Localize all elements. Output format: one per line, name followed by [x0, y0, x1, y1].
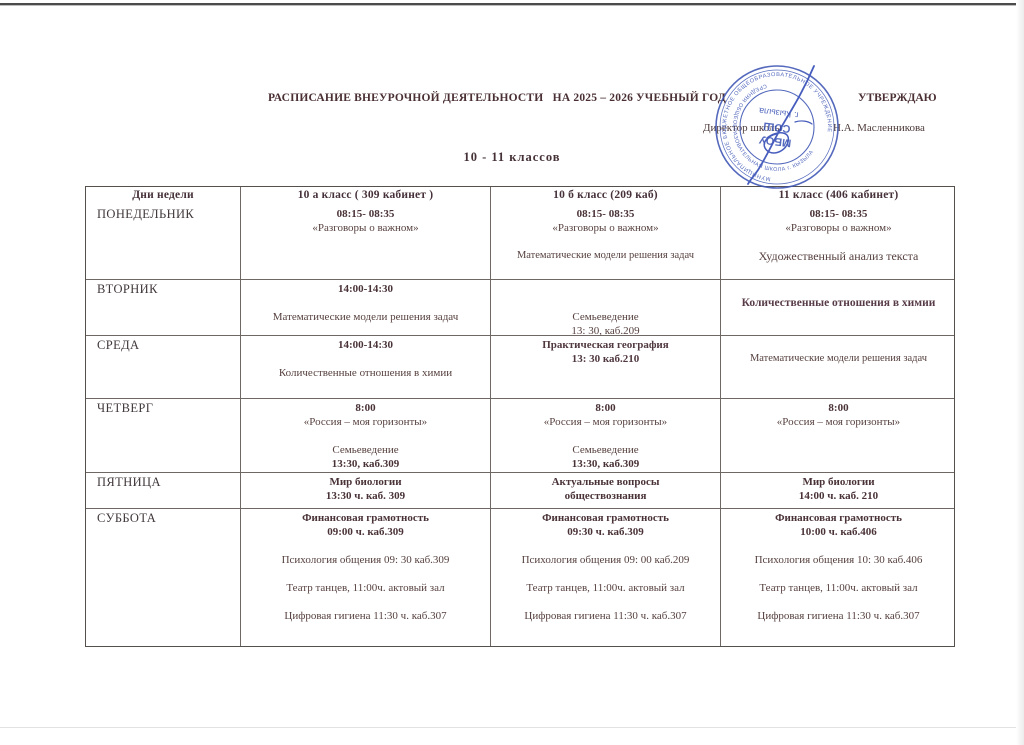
schedule-entry: 8:00: [241, 401, 490, 415]
schedule-entry: Психология общения 09: 30 каб.309: [241, 553, 490, 567]
schedule-entry: Театр танцев, 11:00ч. актовый зал: [241, 581, 490, 595]
schedule-row: ВТОРНИК14:00-14:30 Математические модели…: [86, 279, 954, 335]
blank-line: [721, 567, 956, 581]
blank-line: [241, 567, 490, 581]
blank-line: [241, 539, 490, 553]
schedule-entry: Театр танцев, 11:00ч. актовый зал: [721, 581, 956, 595]
day-label: СУББОТА: [86, 509, 240, 646]
day-label: ЧЕТВЕРГ: [86, 399, 240, 472]
schedule-entry: Количественные отношения в химии: [721, 296, 956, 310]
schedule-entry: Математические модели решения задач: [241, 310, 490, 324]
blank-line: [491, 235, 720, 249]
schedule-entry: 8:00: [721, 401, 956, 415]
scan-edge-top-light: [0, 5, 1024, 6]
schedule-entry: 13: 30, каб.209: [491, 324, 720, 335]
schedule-cell: Финансовая грамотность10:00 ч. каб.406 П…: [720, 509, 956, 646]
schedule-cell: Семьеведение13: 30, каб.209: [490, 280, 720, 335]
day-label: ПЯТНИЦА: [86, 473, 240, 508]
schedule-cell: 08:15- 08:35«Разговоры о важном» Математ…: [490, 205, 720, 279]
schedule-entry: 14:00 ч. каб. 210: [721, 489, 956, 503]
schedule-entry: «Россия – моя горизонты»: [491, 415, 720, 429]
blank-line: [491, 567, 720, 581]
schedule-entry: Психология общения 10: 30 каб.406: [721, 553, 956, 567]
schedule-entry: 14:00-14:30: [241, 282, 490, 296]
schedule-entry: 10:00 ч. каб.406: [721, 525, 956, 539]
scan-edge-right: [1016, 0, 1024, 745]
schedule-entry: Мир биологии: [241, 475, 490, 489]
approve-label: УТВЕРЖДАЮ: [858, 92, 937, 104]
blank-line: [491, 429, 720, 443]
schedule-entry: 08:15- 08:35: [491, 207, 720, 221]
schedule-cell: 08:15- 08:35«Разговоры о важном»: [240, 205, 490, 279]
schedule-entry: 13:30 ч. каб. 309: [241, 489, 490, 503]
column-header: 10 б класс (209 каб): [490, 187, 720, 205]
schedule-entry: Финансовая грамотность: [491, 511, 720, 525]
schedule-entry: Психология общения 09: 00 каб.209: [491, 553, 720, 567]
document-title: РАСПИСАНИЕ ВНЕУРОЧНОЙ ДЕЯТЕЛЬНОСТИ НА 20…: [268, 92, 768, 104]
schedule-entry: Финансовая грамотность: [721, 511, 956, 525]
blank-line: [241, 429, 490, 443]
blank-line: [241, 352, 490, 366]
blank-line: [491, 282, 720, 296]
schedule-entry: Театр танцев, 11:00ч. актовый зал: [491, 581, 720, 595]
blank-line: [241, 595, 490, 609]
schedule-entry: Актуальные вопросы: [491, 475, 720, 489]
scan-edge-bottom: [0, 727, 1024, 728]
schedule-entry: 13:30, каб.309: [491, 457, 720, 471]
blank-line: [491, 595, 720, 609]
schedule-entry: Финансовая грамотность: [241, 511, 490, 525]
schedule-entry: 09:30 ч. каб.309: [491, 525, 720, 539]
schedule-entry: Количественные отношения в химии: [241, 366, 490, 380]
day-label: ВТОРНИК: [86, 280, 240, 335]
schedule-entry: 13:30, каб.309: [241, 457, 490, 471]
schedule-cell: 8:00«Россия – моя горизонты» Семьеведени…: [240, 399, 490, 472]
schedule-entry: 14:00-14:30: [241, 338, 490, 352]
schedule-row: ПОНЕДЕЛЬНИК08:15- 08:35«Разговоры о важн…: [86, 205, 954, 279]
schedule-cell: Мир биологии14:00 ч. каб. 210: [720, 473, 956, 508]
schedule-row: ПЯТНИЦАМир биологии13:30 ч. каб. 309Акту…: [86, 472, 954, 508]
blank-line: [491, 539, 720, 553]
blank-line: [721, 595, 956, 609]
schedule-entry: 8:00: [491, 401, 720, 415]
schedule-entry: «Россия – моя горизонты»: [241, 415, 490, 429]
schedule-cell: Математические модели решения задач: [720, 336, 956, 398]
schedule-entry: Художественный анализ текста: [721, 249, 956, 263]
schedule-table: Дни недели10 а класс ( 309 кабинет )10 б…: [85, 186, 955, 647]
schedule-cell: 14:00-14:30 Количественные отношения в х…: [240, 336, 490, 398]
blank-line: [721, 338, 956, 352]
schedule-row: ЧЕТВЕРГ8:00«Россия – моя горизонты» Семь…: [86, 398, 954, 472]
schedule-entry: Цифровая гигиена 11:30 ч. каб.307: [491, 609, 720, 623]
schedule-entry: Цифровая гигиена 11:30 ч. каб.307: [241, 609, 490, 623]
schedule-cell: 08:15- 08:35«Разговоры о важном» Художес…: [720, 205, 956, 279]
day-label: СРЕДА: [86, 336, 240, 398]
schedule-entry: Мир биологии: [721, 475, 956, 489]
blank-line: [721, 235, 956, 249]
schedule-cell: 14:00-14:30 Математические модели решени…: [240, 280, 490, 335]
column-header: 10 а класс ( 309 кабинет ): [240, 187, 490, 205]
schedule-cell: Практическая география13: 30 каб.210: [490, 336, 720, 398]
blank-line: [721, 282, 956, 296]
schedule-entry: 09:00 ч. каб.309: [241, 525, 490, 539]
schedule-entry: обществознания: [491, 489, 720, 503]
schedule-cell: 8:00«Россия – моя горизонты»: [720, 399, 956, 472]
school-stamp: МУНИЦИПАЛЬНОЕ БЮДЖЕТНОЕ ОБЩЕОБРАЗОВАТЕЛЬ…: [698, 60, 862, 202]
schedule-body: ПОНЕДЕЛЬНИК08:15- 08:35«Разговоры о важн…: [86, 205, 954, 646]
schedule-entry: Математические модели решения задач: [721, 352, 956, 366]
schedule-entry: «Разговоры о важном»: [721, 221, 956, 235]
schedule-cell: Финансовая грамотность09:30 ч. каб.309 П…: [490, 509, 720, 646]
day-label: ПОНЕДЕЛЬНИК: [86, 205, 240, 279]
schedule-entry: 13: 30 каб.210: [491, 352, 720, 366]
schedule-cell: Актуальные вопросыобществознания: [490, 473, 720, 508]
blank-line: [491, 296, 720, 310]
schedule-cell: 8:00«Россия – моя горизонты» Семьеведени…: [490, 399, 720, 472]
stamp-center-text: МБОУ СОШ г. Кызыла: [755, 106, 799, 150]
schedule-entry: Практическая география: [491, 338, 720, 352]
schedule-entry: 08:15- 08:35: [721, 207, 956, 221]
schedule-entry: 08:15- 08:35: [241, 207, 490, 221]
schedule-entry: Семьеведение: [491, 443, 720, 457]
schedule-entry: Семьеведение: [241, 443, 490, 457]
schedule-row: СРЕДА14:00-14:30 Количественные отношени…: [86, 335, 954, 398]
schedule-cell: Мир биологии13:30 ч. каб. 309: [240, 473, 490, 508]
schedule-entry: «Разговоры о важном»: [491, 221, 720, 235]
column-header: Дни недели: [86, 187, 240, 205]
schedule-row: СУББОТАФинансовая грамотность09:00 ч. ка…: [86, 508, 954, 646]
schedule-entry: «Разговоры о важном»: [241, 221, 490, 235]
schedule-entry: Семьеведение: [491, 310, 720, 324]
schedule-entry: «Россия – моя горизонты»: [721, 415, 956, 429]
blank-line: [241, 296, 490, 310]
grades-subtitle: 10 - 11 классов: [0, 150, 1024, 165]
schedule-entry: Математические модели решения задач: [491, 249, 720, 263]
schedule-cell: Количественные отношения в химии: [720, 280, 956, 335]
schedule-cell: Финансовая грамотность09:00 ч. каб.309 П…: [240, 509, 490, 646]
blank-line: [721, 539, 956, 553]
schedule-entry: Цифровая гигиена 11:30 ч. каб.307: [721, 609, 956, 623]
